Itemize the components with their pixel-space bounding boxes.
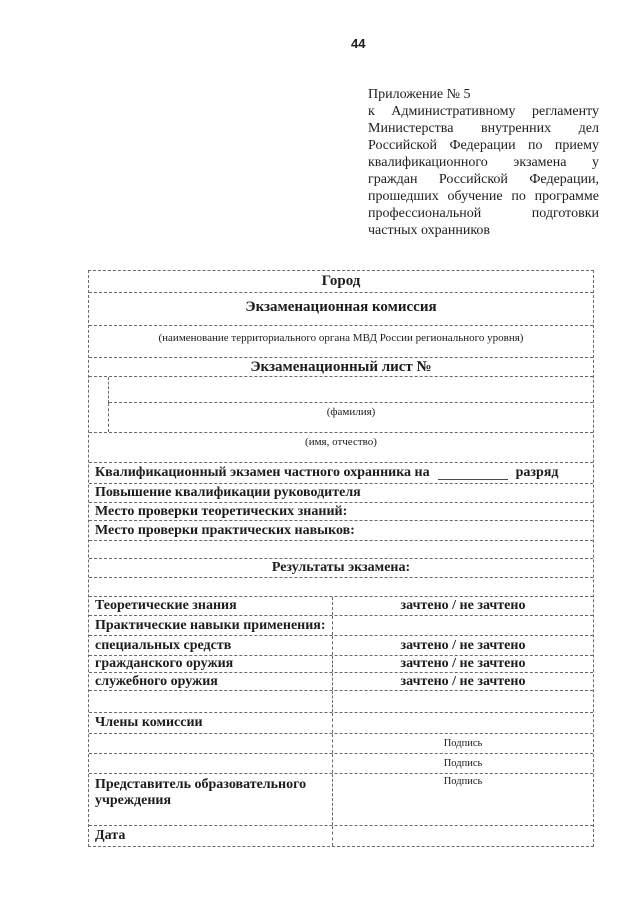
- result-value: зачтено / не зачтено: [333, 636, 593, 655]
- row-results-title: Результаты экзамена:: [89, 559, 593, 578]
- row-name-caption: (имя, отчество): [89, 433, 593, 463]
- result-label: специальных средств: [89, 636, 333, 655]
- commission-label: Экзаменационная комиссия: [245, 299, 436, 316]
- row-spacer: [89, 541, 593, 559]
- org-caption: (наименование территориального органа МВ…: [159, 332, 524, 344]
- theory-place-label: Место проверки теоретических знаний:: [95, 504, 347, 520]
- result-label: служебного оружия: [89, 673, 333, 690]
- signature-caption: Подпись: [333, 734, 593, 753]
- date-label: Дата: [89, 826, 333, 846]
- surname-margin-cell: [89, 403, 109, 432]
- row-representative: Представитель образовательного учреждени…: [89, 774, 593, 826]
- results-title: Результаты экзамена:: [272, 560, 410, 576]
- row-spacer: [89, 578, 593, 597]
- manager-upgrade-label: Повышение квалификации руководителя: [95, 485, 361, 501]
- result-value: зачтено / не зачтено: [333, 597, 593, 615]
- row-commission-members: Члены комиссии: [89, 713, 593, 734]
- result-row-theory: Теоретические знания зачтено / не зачтен…: [89, 597, 593, 616]
- commission-members-label: Члены комиссии: [89, 713, 333, 733]
- member-name-cell: [89, 754, 333, 773]
- row-theory-place: Место проверки теоретических знаний:: [89, 503, 593, 521]
- empty-cell: [333, 713, 593, 733]
- appendix-body: к Административному регламенту Министерс…: [368, 103, 599, 239]
- row-sheet-title: Экзаменационный лист №: [89, 358, 593, 377]
- row-qualification-exam: Квалификационный экзамен частного охранн…: [89, 463, 593, 484]
- surname-fill-in-field: [109, 377, 593, 403]
- practice-place-label: Место проверки практических навыков:: [95, 523, 355, 539]
- row-date: Дата: [89, 826, 593, 846]
- sheet-title: Экзаменационный лист №: [250, 359, 431, 376]
- result-row-practical-header: Практические навыки применения:: [89, 616, 593, 636]
- surname-margin-cell: [89, 377, 109, 403]
- signature-caption: Подпись: [333, 754, 593, 773]
- qualification-exam-suffix: разряд: [516, 465, 559, 481]
- signature-caption: Подпись: [333, 773, 593, 827]
- document-page: 44 Приложение № 5 к Административному ре…: [0, 0, 640, 905]
- row-manager-upgrade: Повышение квалификации руководителя: [89, 484, 593, 503]
- appendix-header: Приложение № 5 к Административному регла…: [368, 86, 599, 239]
- result-value: зачтено / не зачтено: [333, 673, 593, 690]
- surname-caption: (фамилия): [109, 403, 593, 432]
- empty-cell: [333, 691, 593, 712]
- exam-form: Город Экзаменационная комиссия (наименов…: [88, 270, 594, 847]
- result-value: зачтено / не зачтено: [333, 656, 593, 672]
- representative-label: Представитель образовательного учреждени…: [89, 774, 333, 825]
- member-name-cell: [89, 734, 333, 753]
- qualification-exam-prefix: Квалификационный экзамен частного охранн…: [95, 465, 430, 481]
- row-member-signature-2: Подпись: [89, 754, 593, 774]
- result-label: гражданского оружия: [89, 656, 333, 672]
- row-spacer-divided: [89, 691, 593, 713]
- result-row-service-weapons: служебного оружия зачтено / не зачтено: [89, 673, 593, 691]
- row-surname-writing-area: [89, 377, 593, 403]
- appendix-title: Приложение № 5: [368, 86, 599, 103]
- result-label: Теоретические знания: [89, 597, 333, 615]
- result-label: Практические навыки применения:: [89, 616, 333, 635]
- row-practice-place: Место проверки практических навыков:: [89, 521, 593, 541]
- date-value-cell: [333, 826, 593, 846]
- row-city: Город: [89, 271, 593, 293]
- empty-cell: [89, 691, 333, 712]
- page-number: 44: [351, 36, 365, 51]
- row-commission: Экзаменационная комиссия: [89, 293, 593, 326]
- grade-fill-in-blank: [438, 466, 508, 480]
- result-row-civil-weapons: гражданского оружия зачтено / не зачтено: [89, 656, 593, 673]
- row-member-signature-1: Подпись: [89, 734, 593, 754]
- result-value: [333, 616, 593, 635]
- city-label: Город: [322, 273, 361, 290]
- row-org-caption: (наименование территориального органа МВ…: [89, 326, 593, 358]
- name-caption: (имя, отчество): [305, 436, 377, 448]
- row-surname-caption: (фамилия): [89, 403, 593, 433]
- result-row-special-means: специальных средств зачтено / не зачтено: [89, 636, 593, 656]
